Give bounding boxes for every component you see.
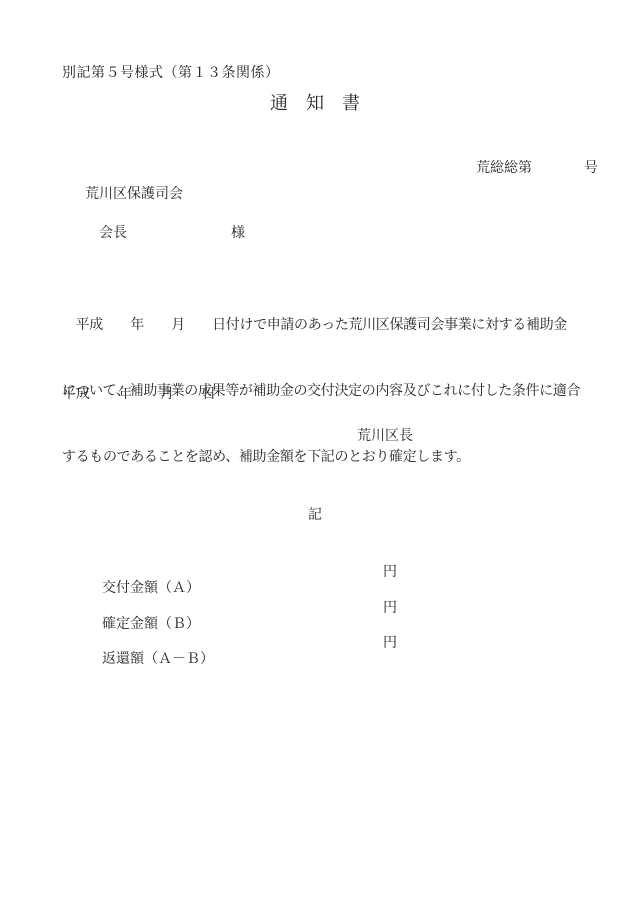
amount-unit-yen: 円 (383, 561, 397, 581)
notification-document-page: 別記第５号様式（第１３条関係） 通 知 書 荒総総第号 荒川区保護司会 会長様 … (0, 0, 630, 903)
amount-unit-yen: 円 (383, 597, 397, 617)
sender-name: 荒川区長 (357, 425, 413, 445)
amount-label: 返還額（Ａ－Ｂ） (102, 652, 214, 667)
form-number: 別記第５号様式（第１３条関係） (62, 62, 280, 82)
addressee-position: 会長 (99, 226, 127, 241)
issue-date-line: 平成 年 月 日 (62, 383, 216, 403)
amount-label: 交付金額（Ａ） (102, 581, 200, 596)
amount-unit-yen: 円 (383, 632, 397, 652)
document-number-line: 荒総総第号 (462, 141, 598, 193)
addressee-organization: 荒川区保護司会 (85, 183, 183, 203)
addressee-honorific: 様 (231, 226, 245, 241)
document-number-suffix: 号 (584, 161, 598, 176)
body-line-1: 平成 年 月 日付けで申請のあった荒川区保護司会事業に対する補助金 (62, 315, 580, 337)
amount-label: 確定金額（Ｂ） (102, 617, 200, 632)
addressee-line: 会長様 (85, 206, 245, 258)
amount-row-refund: 返還額（Ａ－Ｂ） 円 (88, 632, 418, 700)
section-marker-ki: 記 (0, 504, 630, 524)
document-title: 通 知 書 (0, 89, 630, 115)
body-line-3: するものであることを認め、補助金額を下記のとおり確定します。 (62, 447, 580, 469)
document-number-prefix: 荒総総第 (476, 161, 532, 176)
